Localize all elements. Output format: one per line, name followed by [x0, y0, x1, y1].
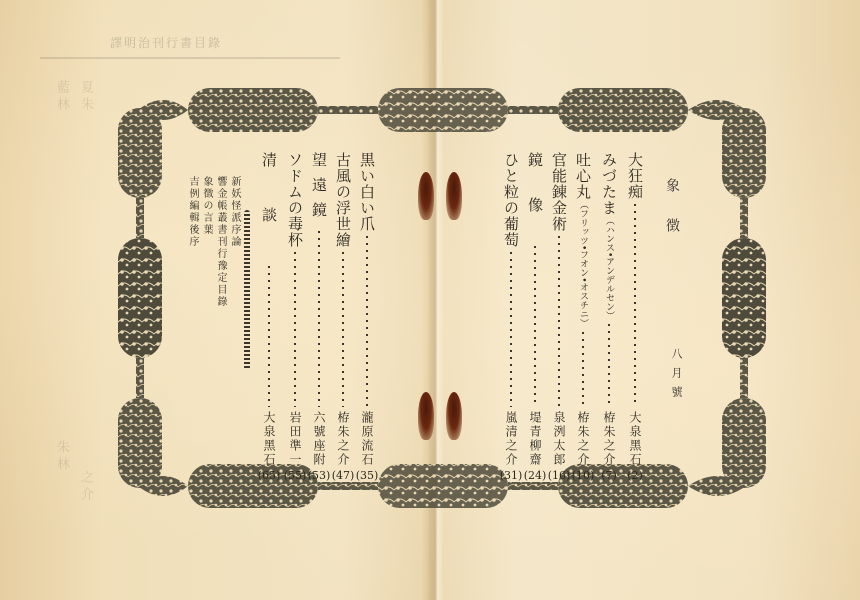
toc-entry-page: (65)	[258, 469, 281, 482]
toc-entry[interactable]: ソドムの毒杯 岩田準一 (55)	[284, 152, 306, 482]
toc-entry-author: 嵐清之介	[502, 411, 520, 467]
toc-entry[interactable]: 古風の浮世繪 栫朱之介 (47)	[332, 152, 354, 482]
toc-entry[interactable]: 官能錬金術 泉洌太郎 (16)	[548, 152, 570, 482]
toc-entry[interactable]: 黒い白い爪 瀧原流石 (35)	[356, 152, 378, 482]
bleed-through-rule	[40, 57, 340, 59]
toc-entry-author: 大泉黑石	[626, 411, 644, 467]
issue-label: 八月號	[668, 348, 684, 405]
leader-dots	[510, 252, 512, 407]
leader-dots	[318, 231, 320, 407]
toc-entry[interactable]: ひと粒の葡萄 嵐清之介 (31)	[500, 152, 522, 482]
toc-entry[interactable]: みづたま （ハンス•アンデルセン） 栫朱之介 (7)	[598, 152, 620, 482]
toc-entry[interactable]: 大狂痴 大泉黑石 (2)	[624, 152, 646, 482]
leader-dots	[366, 236, 368, 407]
toc-entry-author: 瀧原流石	[358, 411, 376, 467]
toc-entry-title: 古風の浮世繪	[333, 152, 353, 248]
toc-entry-page: (7)	[601, 469, 617, 482]
leader-dots	[608, 324, 610, 407]
toc-entry-page: (55)	[284, 469, 307, 482]
leader-dots	[342, 252, 344, 407]
left-border-band	[118, 108, 162, 488]
toc-entry[interactable]: 吐心丸 （フリッツ•フオン•オスチニ） 栫朱之介 (10)	[572, 152, 594, 482]
top-border-band	[138, 88, 746, 132]
notice-item[interactable]: 象徴の言葉	[200, 176, 212, 236]
toc-entry-title: みづたま	[599, 152, 619, 216]
notice-item[interactable]: 吉例編輯後序	[186, 176, 198, 248]
toc-entry-page: (16)	[548, 469, 571, 482]
bleed-through-text: 朱林	[52, 440, 71, 520]
stain-top-right	[446, 172, 462, 220]
leader-dots	[294, 252, 296, 407]
toc-entry-title: ひと粒の葡萄	[501, 152, 521, 248]
toc-entry-author: 六號座附	[310, 411, 328, 467]
toc-entry-author: 泉洌太郎	[550, 411, 568, 467]
leader-dots	[558, 236, 560, 407]
toc-entry-title: 鏡像	[525, 152, 545, 242]
toc-entry-author: 栫朱之介	[600, 411, 618, 467]
toc-entry-title: 黒い白い爪	[357, 152, 377, 232]
toc-entry-subtitle: （フリッツ•フオン•オスチニ）	[573, 200, 593, 328]
stain-bottom-right	[446, 392, 462, 440]
toc-entry-title: 官能錬金術	[549, 152, 569, 232]
right-border-band	[722, 108, 766, 488]
toc-entry-author: 岩田準一	[286, 411, 304, 467]
toc-entry-page: (10)	[572, 469, 595, 482]
toc-entry-title: ソドムの毒杯	[285, 152, 305, 248]
toc-entry-title: 吐心丸	[573, 152, 593, 200]
toc-entry[interactable]: 清談 大泉黑石 (65)	[258, 152, 280, 482]
toc-entry-page: (2)	[627, 469, 643, 482]
bleed-through-header: 譯明治刊行書目錄	[110, 34, 270, 50]
toc-entry-author: 栫朱之介	[574, 411, 592, 467]
bottom-border-band	[138, 464, 746, 508]
bleed-through-text: 夏朱	[76, 80, 95, 160]
leader-dots	[582, 332, 584, 407]
leader-dots	[534, 246, 536, 407]
toc-entry[interactable]: 鏡像 堤青柳齋 (24)	[524, 152, 546, 482]
toc-entry-page: (35)	[356, 469, 379, 482]
stain-top-left	[418, 172, 434, 220]
toc-entry-page: (47)	[332, 469, 355, 482]
toc-entry-author: 堤青柳齋	[526, 411, 544, 467]
notice-item[interactable]: 響金帳叢書刊行豫定目錄	[214, 176, 226, 308]
toc-entry-author: 大泉黑石	[260, 411, 278, 467]
leader-dots	[634, 204, 636, 407]
toc-entry-page: (53)	[308, 469, 331, 482]
bleed-through-text: 之介	[76, 470, 95, 530]
toc-entry-title: 望遠鏡	[309, 152, 329, 227]
toc-entry[interactable]: 望遠鏡 六號座附 (53)	[308, 152, 330, 482]
leader-dots	[268, 266, 270, 407]
bleed-through-text: 藍林	[52, 80, 71, 160]
toc-entry-author: 栫朱之介	[334, 411, 352, 467]
toc-entry-subtitle: （ハンス•アンデルセン）	[599, 216, 619, 320]
toc-entry-title: 大狂痴	[625, 152, 645, 200]
wavy-bracket	[244, 210, 250, 370]
magazine-title: 象徴	[662, 178, 682, 258]
toc-entry-page: (24)	[524, 469, 547, 482]
stain-bottom-left	[418, 392, 434, 440]
toc-entry-title: 清談	[259, 152, 279, 262]
toc-entry-page: (31)	[500, 469, 523, 482]
notice-item[interactable]: 新妖怪派序論	[228, 176, 240, 248]
